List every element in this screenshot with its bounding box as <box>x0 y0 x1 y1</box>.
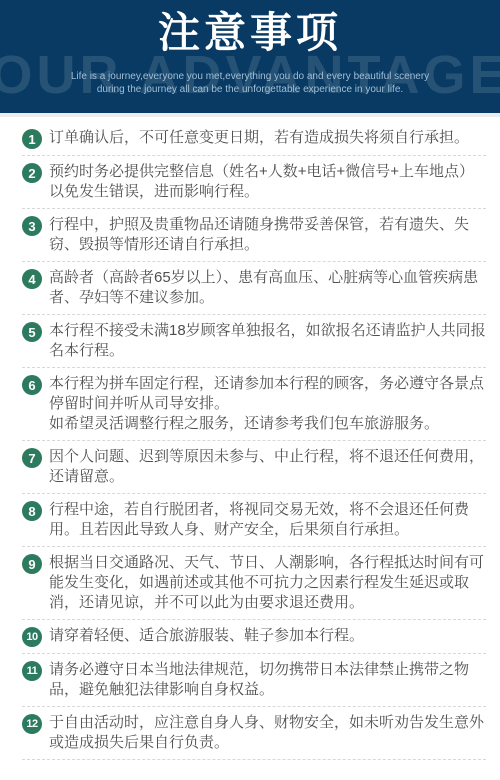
header-subtitle: Life is a journey,everyone you met,every… <box>0 70 500 96</box>
note-number-badge: 8 <box>22 501 42 521</box>
note-item: 1订单确认后，不可任意变更日期，若有造成损失将须自行承担。 <box>22 122 486 156</box>
notice-page: OUR ADVANTAGE 注意事项 Life is a journey,eve… <box>0 0 500 780</box>
note-text: 因个人问题、迟到等原因未参与、中止行程，将不退还任何费用，还请留意。 <box>49 447 486 487</box>
note-item: 8行程中途，若自行脱团者，将视同交易无效，将不会退还任何费用。且若因此导致人身、… <box>22 494 486 547</box>
note-number-badge: 4 <box>22 269 42 289</box>
note-item: 11请务必遵守日本当地法律规范，切勿携带日本法律禁止携带之物品，避免触犯法律影响… <box>22 654 486 707</box>
note-number-badge: 3 <box>22 216 42 236</box>
note-item: 9根据当日交通路况、天气、节日、人潮影响，各行程抵达时间有可能发生变化，如遇前述… <box>22 547 486 620</box>
note-item: 10请穿着轻便、适合旅游服装、鞋子参加本行程。 <box>22 620 486 654</box>
note-text: 预约时务必提供完整信息（姓名+人数+电话+微信号+上车地点）以免发生错误，进而影… <box>49 162 486 202</box>
note-text: 行程中途，若自行脱团者，将视同交易无效，将不会退还任何费用。且若因此导致人身、财… <box>49 500 486 540</box>
note-text: 于自由活动时，应注意自身人身、财物安全，如未听劝告发生意外或造成损失后果自行负责… <box>49 713 486 753</box>
note-number-badge: 10 <box>22 627 42 647</box>
note-text: 订单确认后，不可任意变更日期，若有造成损失将须自行承担。 <box>49 128 469 148</box>
subtitle-line-2: during the journey all can be the unforg… <box>97 84 403 95</box>
note-text: 本行程不接受未满18岁顾客单独报名，如欲报名还请监护人共同报名本行程。 <box>49 321 486 361</box>
note-item: 3行程中，护照及贵重物品还请随身携带妥善保管，若有遗失、失窃、毁损等情形还请自行… <box>22 209 486 262</box>
note-text: 高龄者（高龄者65岁以上）、患有高血压、心脏病等心血管疾病患者、孕妇等不建议参加… <box>49 268 486 308</box>
note-text: 本行程为拼车固定行程，还请参加本行程的顾客，务必遵守各景点停留时间并听从司导安排… <box>49 374 486 434</box>
subtitle-line-1: Life is a journey,everyone you met,every… <box>71 71 429 82</box>
note-number-badge: 12 <box>22 714 42 734</box>
note-text: 根据当日交通路况、天气、节日、人潮影响，各行程抵达时间有可能发生变化，如遇前述或… <box>49 553 486 613</box>
note-item: 5本行程不接受未满18岁顾客单独报名，如欲报名还请监护人共同报名本行程。 <box>22 315 486 368</box>
note-number-badge: 6 <box>22 375 42 395</box>
note-item: 12于自由活动时，应注意自身人身、财物安全，如未听劝告发生意外或造成损失后果自行… <box>22 707 486 760</box>
note-text: 请穿着轻便、适合旅游服装、鞋子参加本行程。 <box>49 626 364 646</box>
note-text: 请务必遵守日本当地法律规范，切勿携带日本法律禁止携带之物品，避免触犯法律影响自身… <box>49 660 486 700</box>
note-item: 2预约时务必提供完整信息（姓名+人数+电话+微信号+上车地点）以免发生错误，进而… <box>22 156 486 209</box>
note-number-badge: 1 <box>22 129 42 149</box>
note-item: 7因个人问题、迟到等原因未参与、中止行程，将不退还任何费用，还请留意。 <box>22 441 486 494</box>
header: OUR ADVANTAGE 注意事项 Life is a journey,eve… <box>0 0 500 113</box>
note-number-badge: 7 <box>22 448 42 468</box>
note-text: 行程中，护照及贵重物品还请随身携带妥善保管，若有遗失、失窃、毁损等情形还请自行承… <box>49 215 486 255</box>
note-item: 4高龄者（高龄者65岁以上）、患有高血压、心脏病等心血管疾病患者、孕妇等不建议参… <box>22 262 486 315</box>
note-number-badge: 2 <box>22 163 42 183</box>
note-number-badge: 9 <box>22 554 42 574</box>
note-number-badge: 5 <box>22 322 42 342</box>
notes-list: 1订单确认后，不可任意变更日期，若有造成损失将须自行承担。2预约时务必提供完整信… <box>0 117 500 760</box>
note-item: 6本行程为拼车固定行程，还请参加本行程的顾客，务必遵守各景点停留时间并听从司导安… <box>22 368 486 441</box>
note-number-badge: 11 <box>22 661 42 681</box>
page-title: 注意事项 <box>0 0 500 58</box>
